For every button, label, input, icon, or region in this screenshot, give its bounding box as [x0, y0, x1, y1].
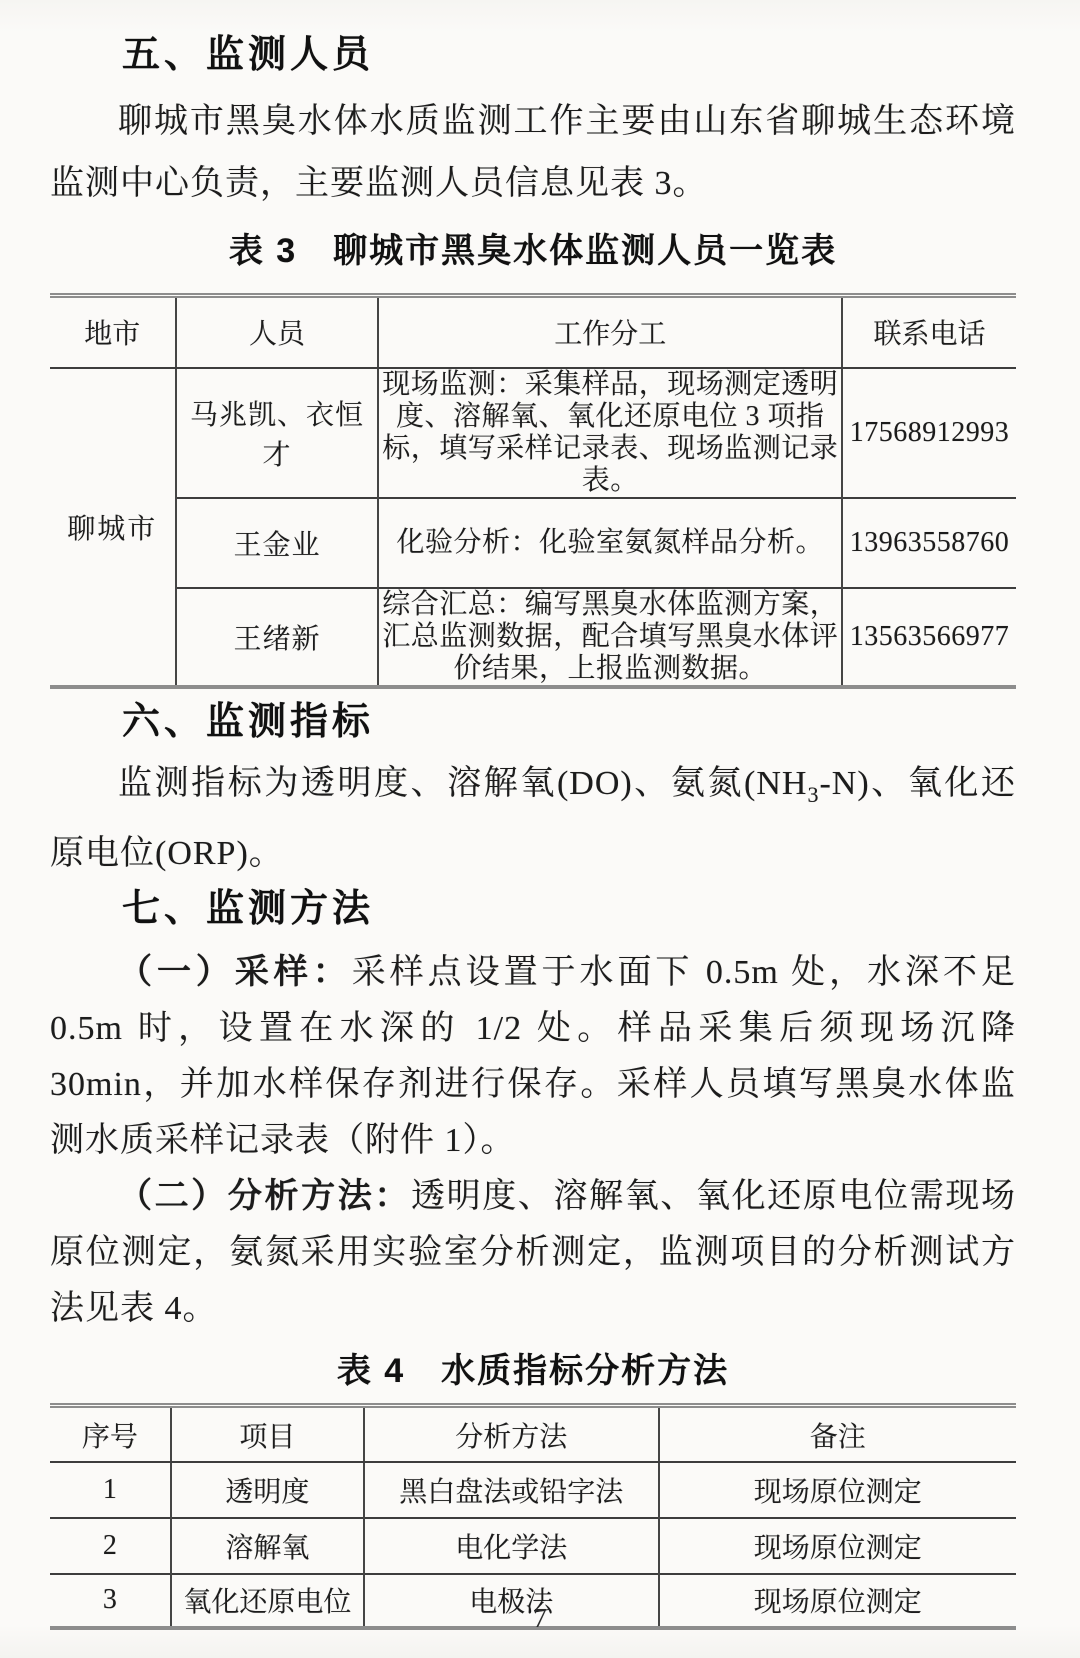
table4-header-item: 项目	[171, 1406, 364, 1462]
table4-header-method: 分析方法	[364, 1406, 659, 1462]
table3-caption: 表 3 聊城市黑臭水体监测人员一览表	[50, 229, 1016, 273]
table4-note-cell: 现场原位测定	[659, 1462, 1016, 1518]
table3-phone-cell: 17568912993	[842, 368, 1016, 498]
table4-item-cell: 透明度	[171, 1462, 364, 1518]
table-row: 1 透明度 黑白盘法或铅字法 现场原位测定	[50, 1462, 1016, 1518]
table3-duty-cell: 化验分析：化验室氨氮样品分析。	[378, 498, 842, 588]
table3-city-cell: 聊城市	[50, 368, 176, 687]
table4-no-cell: 2	[50, 1518, 171, 1574]
table4-note-cell: 现场原位测定	[659, 1518, 1016, 1574]
table3-header-phone: 联系电话	[842, 296, 1016, 368]
section-6-heading: 六、监测指标	[122, 697, 1016, 748]
table3-duty-cell: 现场监测：采集样品，现场测定透明度、溶解氧、氧化还原电位 3 项指标，填写采样记…	[378, 368, 842, 498]
section-5-heading: 五、监测人员	[122, 30, 1016, 81]
table4-method-cell: 黑白盘法或铅字法	[364, 1462, 659, 1518]
table3-duty-cell: 综合汇总：编写黑臭水体监测方案，汇总监测数据，配合填写黑臭水体评价结果，上报监测…	[378, 588, 842, 687]
nh3-subscript: 3	[807, 781, 819, 806]
section-5-paragraph: 聊城市黑臭水体水质监测工作主要由山东省聊城生态环境监测中心负责，主要监测人员信息…	[50, 91, 1016, 215]
table3-header-duty: 工作分工	[378, 296, 842, 368]
section-6-paragraph: 监测指标为透明度、溶解氧(DO)、氨氮(NH3-N)、氧化还原电位(ORP)。	[50, 754, 1016, 885]
table-row: 2 溶解氧 电化学法 现场原位测定	[50, 1518, 1016, 1574]
table3-person-cell: 王绪新	[176, 588, 379, 687]
analysis-method-label: （二）分析方法：	[118, 1178, 411, 1215]
table4-item-cell: 溶解氧	[171, 1518, 364, 1574]
table3-phone-cell: 13963558760	[842, 498, 1016, 588]
table-row: 聊城市 马兆凯、衣恒才 现场监测：采集样品，现场测定透明度、溶解氧、氧化还原电位…	[50, 368, 1016, 498]
table4-method-cell: 电化学法	[364, 1518, 659, 1574]
table4-caption: 表 4 水质指标分析方法	[50, 1349, 1016, 1393]
table3-header-row: 地市 人员 工作分工 联系电话	[50, 296, 1016, 368]
table3-header-city: 地市	[50, 296, 176, 368]
table-row: 王绪新 综合汇总：编写黑臭水体监测方案，汇总监测数据，配合填写黑臭水体评价结果，…	[50, 588, 1016, 687]
analysis-method-paragraph: （二）分析方法：透明度、溶解氧、氧化还原电位需现场原位测定，氨氮采用实验室分析测…	[50, 1169, 1016, 1337]
table3-personnel: 地市 人员 工作分工 联系电话 聊城市 马兆凯、衣恒才 现场监测：采集样品，现场…	[50, 293, 1016, 689]
table3-person-cell: 王金业	[176, 498, 379, 588]
table3-phone-cell: 13563566977	[842, 588, 1016, 687]
table-row: 王金业 化验分析：化验室氨氮样品分析。 13963558760	[50, 498, 1016, 588]
sampling-paragraph: （一）采样：采样点设置于水面下 0.5m 处，水深不足 0.5m 时，设置在水深…	[50, 945, 1016, 1169]
table4-header-no: 序号	[50, 1406, 171, 1462]
table4-header-row: 序号 项目 分析方法 备注	[50, 1406, 1016, 1462]
table3-header-person: 人员	[176, 296, 379, 368]
document-page: 五、监测人员 聊城市黑臭水体水质监测工作主要由山东省聊城生态环境监测中心负责，主…	[0, 0, 1080, 1658]
page-number: 7	[0, 1603, 1080, 1634]
table4-analysis-methods: 序号 项目 分析方法 备注 1 透明度 黑白盘法或铅字法 现场原位测定 2 溶解…	[50, 1403, 1016, 1630]
indicators-text-start: 监测指标为透明度、溶解氧(DO)、氨氮(NH	[118, 765, 807, 802]
table4-no-cell: 1	[50, 1462, 171, 1518]
section-7-heading: 七、监测方法	[122, 884, 1016, 935]
sampling-label: （一）采样：	[118, 954, 352, 991]
table3-person-cell: 马兆凯、衣恒才	[176, 368, 379, 498]
table4-header-note: 备注	[659, 1406, 1016, 1462]
